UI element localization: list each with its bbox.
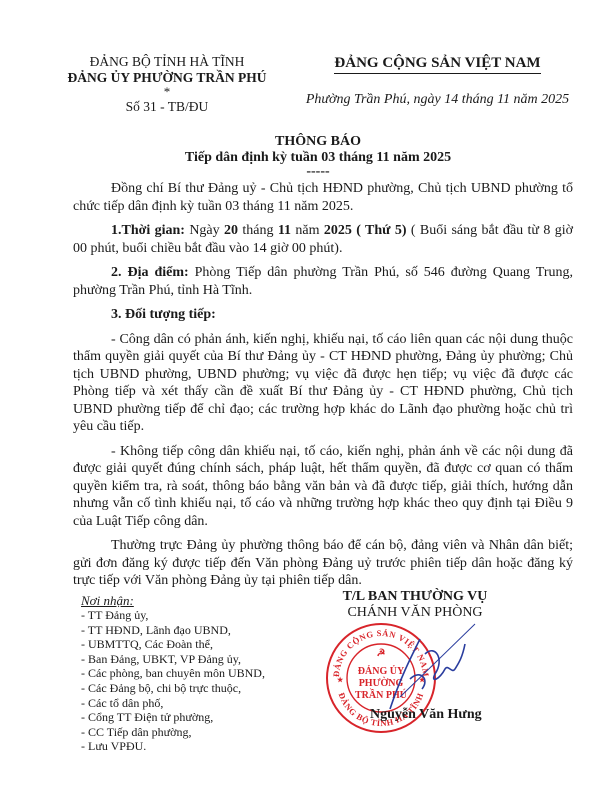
document-number: Số 31 - TB/ĐU xyxy=(62,99,272,115)
time-day: 20 xyxy=(224,223,238,238)
subjects-item-rejected: - Không tiếp công dân khiếu nại, tố cáo,… xyxy=(73,443,573,531)
recipient-item: - Các Đảng bộ, chi bộ trực thuộc, xyxy=(81,681,265,696)
recipient-item: - Cổng TT Điện tử phường, xyxy=(81,710,265,725)
title-separator: ----- xyxy=(62,166,574,178)
subjects-item-accepted: - Công dân có phản ánh, kiến nghị, khiếu… xyxy=(73,331,573,436)
recipient-item: - TT Đảng ủy, xyxy=(81,608,265,623)
star-separator: * xyxy=(62,86,272,98)
recipient-item: - UBMTTQ, Các Đoàn thể, xyxy=(81,637,265,652)
national-header-block: ĐẢNG CỘNG SẢN VIỆT NAM Phường Trần Phú, … xyxy=(300,54,575,108)
signer-name: Nguyễn Văn Hưng xyxy=(370,707,530,723)
recipients-heading: Nơi nhận: xyxy=(81,593,265,608)
document-body: Đồng chí Bí thư Đảng uỷ - Chủ tịch HĐND … xyxy=(73,180,573,590)
document-title-block: THÔNG BÁO Tiếp dân định kỳ tuần 03 tháng… xyxy=(62,134,574,178)
on-behalf-line: T/L BAN THƯỜNG VỤ xyxy=(320,589,510,605)
recipient-item: - Ban Đảng, UBKT, VP Đảng ủy, xyxy=(81,652,265,667)
time-label: 1.Thời gian: xyxy=(111,223,185,238)
place-label: 2. Địa điểm: xyxy=(111,265,189,280)
intro-paragraph: Đồng chí Bí thư Đảng uỷ - Chủ tịch HĐND … xyxy=(73,180,573,215)
handwritten-signature xyxy=(340,619,490,719)
time-year-weekday: 2025 ( Thứ 5) xyxy=(324,223,407,238)
subjects-heading: 3. Đối tượng tiếp: xyxy=(73,306,573,324)
recipient-item: - CC Tiếp dân phường, xyxy=(81,725,265,740)
closing-paragraph: Thường trực Đảng ủy phường thông báo để … xyxy=(73,537,573,590)
recipients-block: Nơi nhận: - TT Đảng ủy, - TT HĐND, Lãnh … xyxy=(81,593,265,754)
time-text: năm xyxy=(291,223,324,238)
recipient-item: - Lưu VPĐU. xyxy=(81,739,265,754)
recipient-item: - TT HĐND, Lãnh đạo UBND, xyxy=(81,623,265,638)
time-text: tháng xyxy=(238,223,278,238)
time-paragraph: 1.Thời gian: Ngày 20 tháng 11 năm 2025 (… xyxy=(73,222,573,257)
issuing-authority-block: ĐẢNG BỘ TỈNH HÀ TĨNH ĐẢNG ỦY PHƯỜNG TRẦN… xyxy=(62,54,272,115)
recipient-item: - Các phòng, ban chuyên môn UBND, xyxy=(81,666,265,681)
time-text: Ngày xyxy=(185,223,224,238)
recipient-item: - Các tổ dân phố, xyxy=(81,696,265,711)
document-title: THÔNG BÁO xyxy=(62,134,574,150)
parent-org: ĐẢNG BỘ TỈNH HÀ TĨNH xyxy=(62,54,272,70)
place-paragraph: 2. Địa điểm: Phòng Tiếp dân phường Trần … xyxy=(73,264,573,299)
national-title: ĐẢNG CỘNG SẢN VIỆT NAM xyxy=(334,54,540,74)
signature-block: T/L BAN THƯỜNG VỤ CHÁNH VĂN PHÒNG Nguyễn… xyxy=(320,589,510,621)
time-month: 11 xyxy=(278,223,291,238)
place-date: Phường Trần Phú, ngày 14 tháng 11 năm 20… xyxy=(300,92,575,108)
